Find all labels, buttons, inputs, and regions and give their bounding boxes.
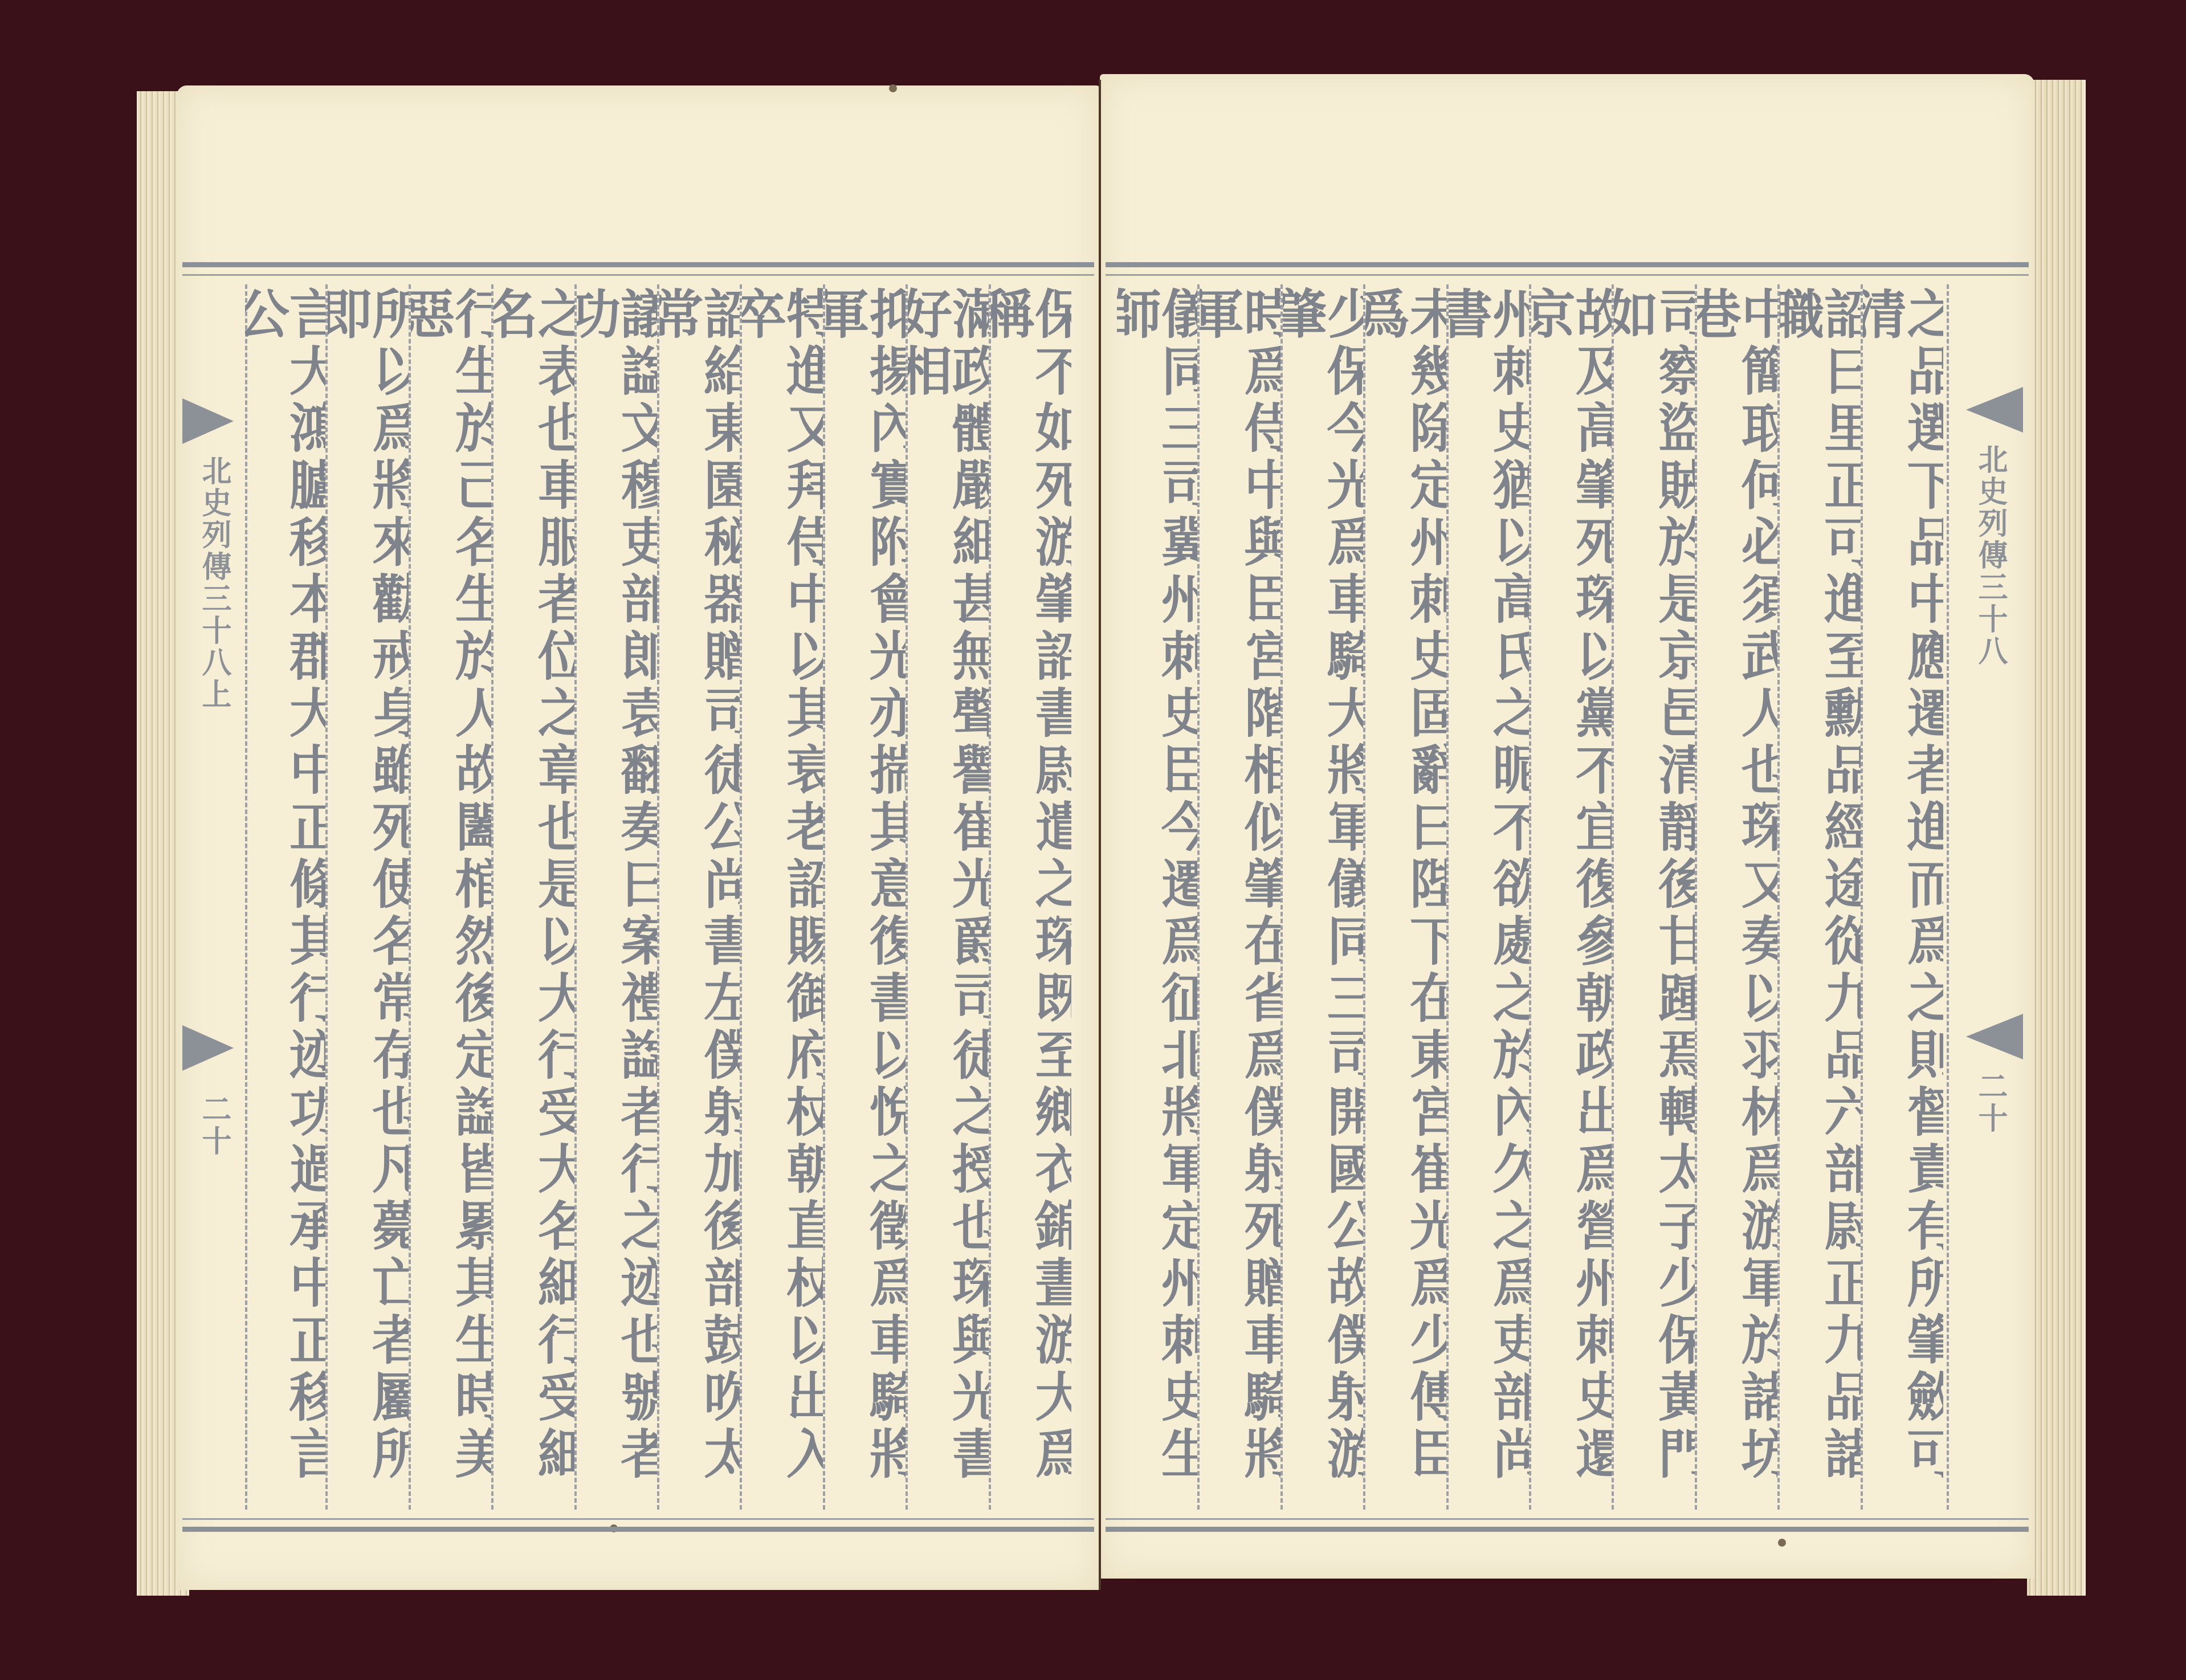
- fish-tail-mark-icon: [182, 1025, 234, 1071]
- left-text-columns: 保不如死游肇詔書尉遣之琛既至鄉衣錦晝游大爲稱 滿政體嚴細甚無聲譽崔光爵司徒之授也…: [245, 284, 1071, 1510]
- text-column: 故及高肇死琛以黨不宜復參朝政出爲營州刺史還京: [1529, 284, 1612, 1510]
- text-column: 詔給東園秘器贈司徒公尚書左僕射加後部鼓吹太常: [657, 284, 740, 1510]
- fish-tail-mark-icon: [1966, 1014, 2023, 1059]
- text-column: 之品選下品中應遷者進而爲之則督責有所肇斂可清: [1861, 284, 1943, 1510]
- text-column: 議諡文穆吏部郎袁翻奏曰案禮諡者行之迹也號者功: [574, 284, 657, 1510]
- binding-hole: [889, 84, 897, 92]
- left-margin-title: 北史列傳三十八上: [193, 455, 235, 711]
- left-margin-page-number: 二十: [193, 1094, 235, 1157]
- left-text-frame: 北史列傳三十八上 二十 保不如死游肇詔書尉遣之琛既至鄉衣錦晝游大爲稱 滿政體嚴細…: [182, 262, 1094, 1532]
- text-column: 詔曰里正可進至勳品經途從九品六部尉正九品諸職: [1777, 284, 1860, 1510]
- right-text-columns: 之品選下品中應遷者進而爲之則督責有所肇斂可清 詔曰里正可進至勳品經途從九品六部尉…: [1117, 284, 1943, 1510]
- text-column: 保不如死游肇詔書尉遣之琛既至鄉衣錦晝游大爲稱: [989, 284, 1071, 1510]
- text-column: 言大鴻臚移本郡大中正條其行迹功過承中正移言公: [245, 284, 325, 1510]
- text-column: 州刺史猶以高氏之昵不欲處之於內久之爲吏部尚書: [1446, 284, 1529, 1510]
- text-column: 時爲侍中與臣宮階相似肇在省爲僕射死贈車騎將軍: [1197, 284, 1280, 1510]
- binding-hole: [1778, 1539, 1786, 1547]
- right-margin-page-number: 二十: [1969, 1071, 2012, 1135]
- text-column: 未幾除定州刺史固辭曰陛下在東宮崔光爲少傅臣爲: [1363, 284, 1446, 1510]
- right-margin-title: 北史列傳三十八: [1969, 444, 2012, 667]
- book-gutter: [1099, 80, 1101, 1590]
- text-column: 司察盜賊於是京邑清靜後甘踵焉轉太子少保黃門如: [1612, 284, 1694, 1510]
- text-column: 少保今光爲車騎大將軍儀同三司開國公故僕射游肇: [1280, 284, 1363, 1510]
- text-column: 特進又拜侍中以其衰老詔賜御府杖朝直杖以出入卒: [740, 284, 822, 1510]
- text-column: 所以爲將來勸戒身雖死使名常存也凡薨亡者屬所即: [325, 284, 408, 1510]
- text-column: 之表也車服者位之章也是以大行受大名細行受細名: [491, 284, 574, 1510]
- text-column: 儀同三司冀州刺史臣今遷爲征北將軍定州刺史生師: [1117, 284, 1197, 1510]
- text-column: 抑揚內實附會光亦揣其意復書以悅之徵爲車騎將軍: [823, 284, 906, 1510]
- right-page-stack-edge: [2027, 80, 2086, 1596]
- left-page-margin-strip: 北史列傳三十八上 二十: [182, 284, 247, 1510]
- text-column: 滿政體嚴細甚無聲譽崔光爵司徒之授也琛與光書好相: [906, 284, 988, 1510]
- right-text-frame: 北史列傳三十八 二十 之品選下品中應遷者進而爲之則督責有所肇斂可清 詔曰里正可進…: [1106, 262, 2029, 1532]
- right-page-margin-strip: 北史列傳三十八 二十: [1947, 284, 2029, 1510]
- fish-tail-mark-icon: [1966, 387, 2023, 433]
- text-column: 中簡取何必須武人也琛又奏以羽林爲游軍於諸坊巷: [1695, 284, 1777, 1510]
- text-column: 行生於己名生於人故闔棺然後定諡皆累其生時美惡: [409, 284, 491, 1510]
- open-book: 北史列傳三十八上 二十 保不如死游肇詔書尉遣之琛既至鄉衣錦晝游大爲稱 滿政體嚴細…: [137, 68, 2086, 1630]
- fish-tail-mark-icon: [182, 398, 234, 444]
